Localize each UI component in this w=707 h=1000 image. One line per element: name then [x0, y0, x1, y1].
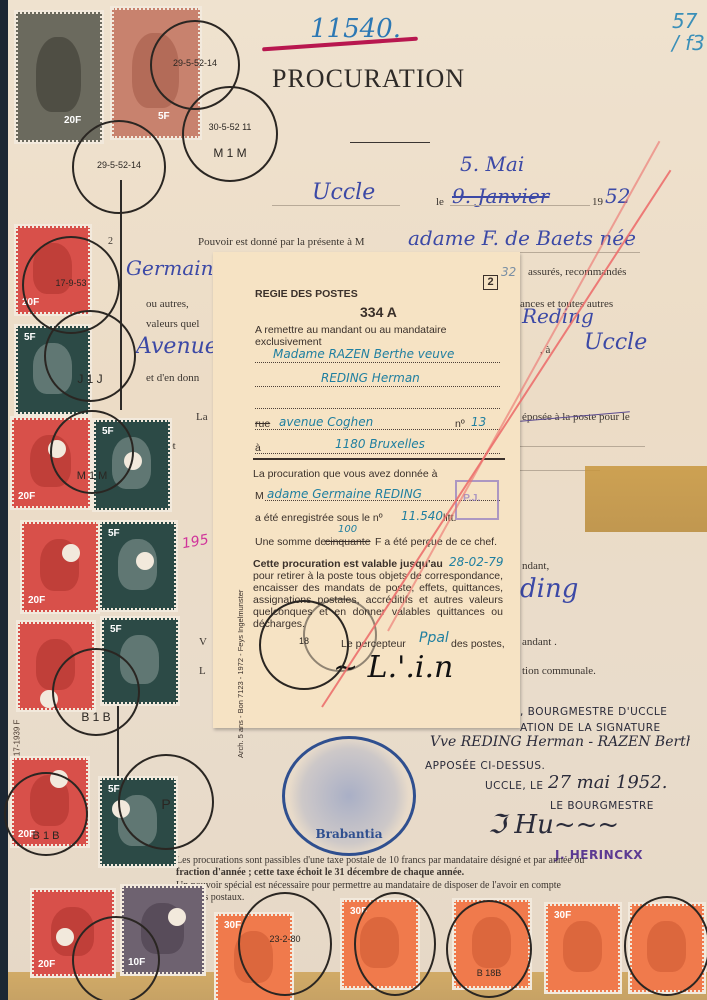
- number-value: 13: [471, 416, 486, 428]
- body-line-2-end: assurés, recommandés: [528, 266, 626, 278]
- line8-rule: [520, 446, 645, 447]
- date-rule: [450, 205, 590, 206]
- corner-annotation: 57 / f3: [672, 10, 707, 54]
- card-form-number: 334 A: [360, 306, 397, 318]
- legalisation-line-1: , BOURGMESTRE D'UCCLE: [520, 706, 667, 718]
- procuration-intro: La procuration que vous avez donnée à: [253, 468, 437, 480]
- signatory-b: des postes,: [451, 638, 505, 650]
- footer-note-3: Un pouvoir spécial est nécessaire pour p…: [176, 880, 701, 892]
- postmark-uccle-6: B 1 B: [4, 772, 88, 856]
- regie-des-postes-card: REGIE DES POSTES 2 32 334 A A remettre a…: [213, 252, 520, 728]
- number-label: nº: [455, 418, 465, 430]
- registered-number: 11.540: [401, 510, 443, 522]
- sum-text-a: Une somme de: [255, 536, 326, 548]
- stamp-20f-3: 20F: [22, 522, 98, 612]
- legalisation-names: Vve REDING Herman - RAZEN Berthe C.C.: [430, 734, 690, 750]
- card-box-hand: 32: [501, 266, 516, 278]
- L-label: L: [199, 665, 206, 677]
- page-title: PROCURATION: [272, 64, 465, 94]
- street-label: rue: [255, 418, 270, 430]
- body-line-3-start: ou autres,: [146, 298, 189, 310]
- legalisation-line-2: ATION DE LA SIGNATURE: [520, 722, 661, 734]
- adhesive-tape-right: [585, 466, 707, 532]
- validity-date: 28-02-79: [449, 556, 503, 568]
- place-handwritten: Uccle: [312, 180, 375, 205]
- date-corrected: 5. Mai: [460, 152, 524, 176]
- street-value: avenue Coghen: [279, 416, 373, 428]
- side-number: 2: [108, 236, 113, 247]
- mandataire-prefix: M: [255, 490, 264, 502]
- postmark-uccle-2: J 1 J: [44, 310, 136, 402]
- postmark-brussel-1: 23-2-80: [238, 892, 332, 996]
- recipient-name-2: REDING Herman: [321, 372, 420, 384]
- city-hand: Uccle: [584, 330, 647, 355]
- city-value: 1180 Bruxelles: [335, 438, 425, 450]
- postmark-uccle-4: B 1 B: [52, 648, 140, 736]
- stamp-upu-20f: 20F: [16, 12, 102, 142]
- signatory-hand: Ppal: [419, 632, 449, 644]
- card-divider: [253, 458, 505, 460]
- mandant-signature: ding: [520, 574, 578, 604]
- seal-text: Brabantia: [285, 827, 413, 841]
- body-line-7-start: La: [196, 411, 208, 423]
- legalisation-place: UCCLE, LE: [485, 780, 544, 792]
- footer-note-2: fraction d'année ; cette taxe échoit le …: [176, 867, 701, 879]
- recipient-line-3: [255, 394, 500, 409]
- postmark-uccle-5: P: [118, 754, 214, 850]
- postmark-brussel-2: [354, 892, 436, 996]
- pj-stamp-text: P.J.: [463, 492, 480, 504]
- card-instruction: A remettre au mandant ou au mandataire e…: [255, 324, 500, 348]
- city-label: à: [255, 442, 261, 454]
- postmark-brussel-4: [624, 896, 707, 996]
- title-rule: [350, 142, 430, 143]
- legalisation-date: 27 mai 1952.: [548, 772, 667, 793]
- date-label: le: [436, 196, 444, 208]
- postmark-brussel-3: B 18B: [446, 900, 532, 998]
- postmark-uccle-7: [72, 916, 160, 1000]
- year-printed: 19: [592, 196, 603, 208]
- bourgmestre-signature: ℑ Hu~~~: [488, 810, 619, 840]
- card-side-print: Arch. 5 ans - Bon 7123 - 1972 - Feys Ing…: [235, 538, 247, 758]
- place-rule: [272, 205, 400, 206]
- postmark-m1m: 30-5-52 11M 1 M: [182, 86, 278, 182]
- mandataire-value: adame Germaine REDING: [267, 488, 422, 500]
- municipal-seal: Brabantia: [282, 736, 416, 856]
- sum-struck: cinquante: [325, 536, 371, 548]
- legalisation-line-3: APPOSÉE CI-DESSUS.: [425, 760, 545, 772]
- communale-label: tion communale.: [522, 665, 596, 677]
- registered-text: a été enregistrée sous le nº: [255, 512, 383, 524]
- recipient-name-1: Madame RAZEN Berthe veuve: [273, 348, 454, 360]
- footer-note-4: chèques postaux.: [176, 892, 701, 904]
- card-box-number: 2: [483, 275, 498, 290]
- body-line-4-start: valeurs quel: [146, 318, 199, 330]
- postmark-uccle-3: M 1 M: [50, 410, 134, 494]
- card-header: REGIE DES POSTES: [255, 288, 358, 300]
- stamp-5f-3: 5F: [100, 522, 176, 610]
- sum-value: 100: [338, 524, 357, 536]
- postmark-forest-2: 29-5-52-14: [72, 120, 166, 214]
- body-line-6-start: et d'en donn: [146, 372, 199, 384]
- card-postmark-2: [303, 598, 377, 672]
- stamp-30f-4: 30F: [546, 904, 620, 992]
- mandataire-first-name: Germaine: [126, 256, 225, 280]
- V-label: V: [199, 636, 207, 648]
- body-line-1: Pouvoir est donné par la présente à M: [198, 236, 364, 248]
- andant-label: andant .: [522, 636, 557, 648]
- mandant-label: ndant,: [522, 560, 549, 572]
- footer-note-1: Les procurations sont passibles d'une ta…: [176, 855, 701, 867]
- street-hand: Avenue: [136, 334, 218, 359]
